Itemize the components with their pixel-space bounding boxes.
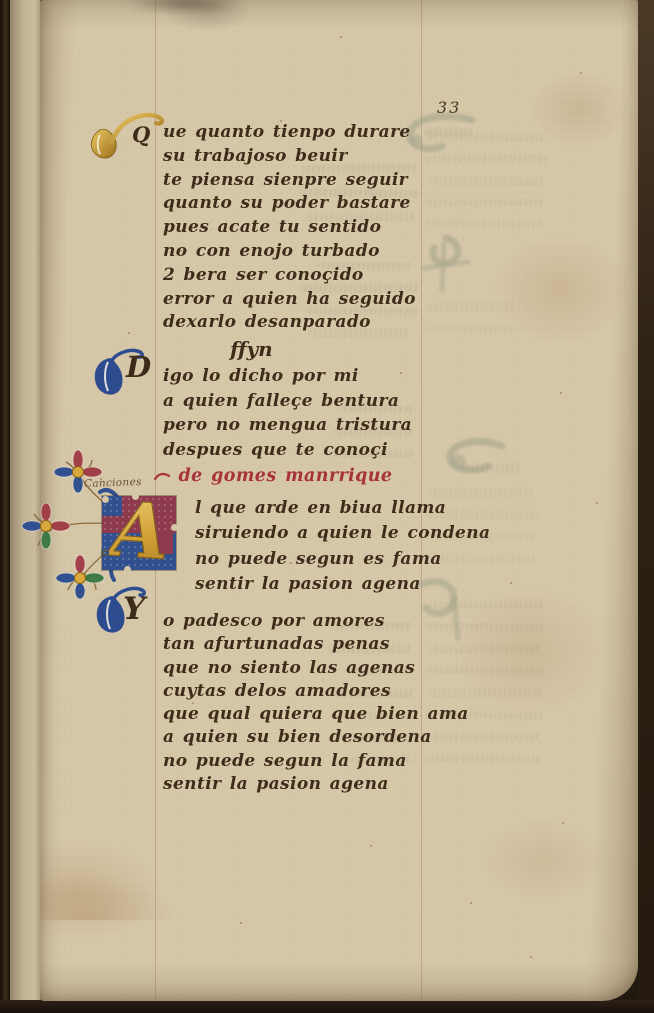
- rubric-heading: de gomes manrrique: [154, 466, 392, 486]
- book-fore-edge: [637, 0, 654, 1013]
- speck: [470, 902, 472, 904]
- verse-line: sentir la pasion agena: [163, 773, 469, 796]
- verse-line: igo lo dicho por mi: [163, 366, 359, 386]
- verse-line: que no siento las agenas: [163, 657, 469, 680]
- verse-line: dexarlo desanparado: [163, 311, 416, 335]
- ghost-text-line: [430, 325, 514, 334]
- speck: [596, 502, 598, 504]
- speck: [140, 142, 142, 144]
- speck: [128, 332, 130, 334]
- verse-line: a quien falleçe bentura: [163, 389, 412, 414]
- initial-letter-d: D: [126, 355, 152, 380]
- folio-number: 33: [437, 98, 461, 117]
- verse-line: sentir la pasion agena: [195, 572, 490, 597]
- verse-line: despues que te conoçi: [163, 438, 412, 463]
- cancion-stanza-2: Yo padesco por amores tan afurtunadas pe…: [163, 610, 469, 796]
- verse-line: o padesco por amores: [163, 611, 385, 631]
- verse-line: a quien su bien desordena: [163, 726, 469, 749]
- verse-line: no con enojo turbado: [163, 240, 416, 264]
- verse-line: 2 bera ser conoçido: [163, 264, 416, 288]
- verse-line: quanto su poder bastare: [163, 192, 416, 216]
- verse-line: ue quanto tienpo durare: [163, 122, 411, 142]
- rubric-flourish-icon: [154, 471, 170, 483]
- ghost-glyph: [436, 438, 512, 484]
- ghost-glyph: [416, 232, 478, 298]
- speck: [116, 622, 118, 624]
- book-bottom-edge: [0, 1000, 654, 1013]
- verse-line: no puede segun es fama: [195, 547, 490, 572]
- top-shadow-smudge: [125, 0, 243, 13]
- speck: [530, 956, 532, 958]
- verse-line: te piensa sienpre seguir: [163, 169, 416, 193]
- ghost-text-line: [428, 219, 544, 228]
- verse-line: su trabajoso beuir: [163, 145, 416, 169]
- verse-line: tan afurtunadas penas: [163, 633, 469, 656]
- illuminated-initial-a: A: [107, 489, 199, 591]
- speck: [400, 372, 402, 374]
- manuscript-photo: 33 Que quanto tienpo durare su trabajoso…: [0, 0, 654, 1013]
- speck: [580, 72, 582, 74]
- speck: [240, 922, 242, 924]
- book-spine-edge: [0, 0, 10, 1013]
- speck: [290, 562, 292, 564]
- verse-line: pero no mengua tristura: [163, 413, 412, 438]
- cancion-stanza-1: l que arde en biua llama siruiendo a qui…: [195, 496, 490, 598]
- water-stain: [40, 856, 190, 920]
- fin-heading: ffyn: [230, 337, 273, 361]
- gold-calderon-icon: [86, 104, 168, 162]
- verse-line: pues acate tu sentido: [163, 216, 416, 240]
- ground-notches: [102, 496, 109, 503]
- rubric-text: de gomes manrrique: [179, 466, 393, 486]
- speck: [340, 36, 342, 38]
- verse-line: error a quien ha seguido: [163, 288, 416, 312]
- speck: [560, 392, 562, 394]
- verse-line: que qual quiera que bien ama: [163, 703, 469, 726]
- speck: [443, 102, 445, 104]
- verse-line: cuytas delos amadores: [163, 680, 469, 703]
- verse-line: siruiendo a quien le condena: [195, 521, 490, 546]
- verse-line: l que arde en biua llama: [195, 496, 490, 521]
- fin-stanza: Digo lo dicho por mi a quien falleçe ben…: [163, 364, 412, 462]
- verse-line: no puede segun la fama: [163, 750, 469, 773]
- ghost-text-line: [425, 199, 545, 208]
- copla-stanza: Que quanto tienpo durare su trabajoso be…: [163, 121, 416, 335]
- manuscript-page: 33 Que quanto tienpo durare su trabajoso…: [40, 0, 638, 1001]
- ghost-text-line: [430, 176, 544, 185]
- speck: [180, 250, 182, 252]
- ghost-text-line: [426, 303, 516, 312]
- speck: [100, 478, 102, 480]
- speck: [510, 582, 512, 584]
- initial-letter-y: Y: [123, 598, 146, 621]
- speck: [192, 702, 194, 704]
- speck: [562, 822, 564, 824]
- speck: [280, 120, 282, 122]
- speck: [370, 845, 372, 847]
